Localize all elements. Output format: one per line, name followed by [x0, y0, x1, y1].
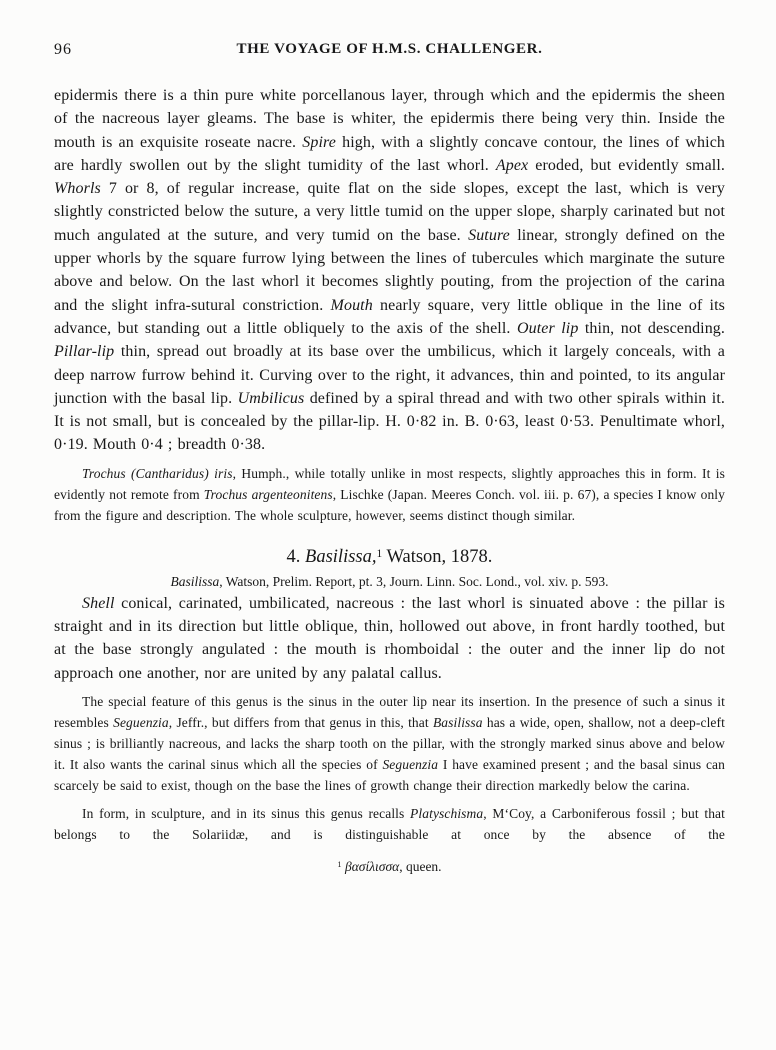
running-head: 96 THE VOYAGE OF H.M.S. CHALLENGER.: [54, 41, 725, 63]
paragraph-special-feature: The special feature of this genus is the…: [54, 691, 725, 796]
book-page: 96 THE VOYAGE OF H.M.S. CHALLENGER. epid…: [0, 0, 776, 1050]
paragraph-species-description: epidermis there is a thin pure white por…: [54, 84, 725, 457]
paragraph-shell-diagnosis: Shell conical, carinated, umbilicated, n…: [54, 592, 725, 685]
page-content: epidermis there is a thin pure white por…: [54, 84, 725, 877]
citation-line: Basilissa, Watson, Prelim. Report, pt. 3…: [54, 571, 725, 592]
paragraph-in-form: In form, in sculpture, and in its sinus …: [54, 803, 725, 845]
footnote-basilissa-etymology: 1 βασίλισσα, queen.: [54, 857, 725, 877]
paragraph-trochus-remark: Trochus (Cantharidus) iris, Humph., whil…: [54, 463, 725, 526]
running-title: THE VOYAGE OF H.M.S. CHALLENGER.: [54, 41, 725, 58]
section-heading-basilissa: 4. Basilissa,1 Watson, 1878.: [54, 543, 725, 571]
